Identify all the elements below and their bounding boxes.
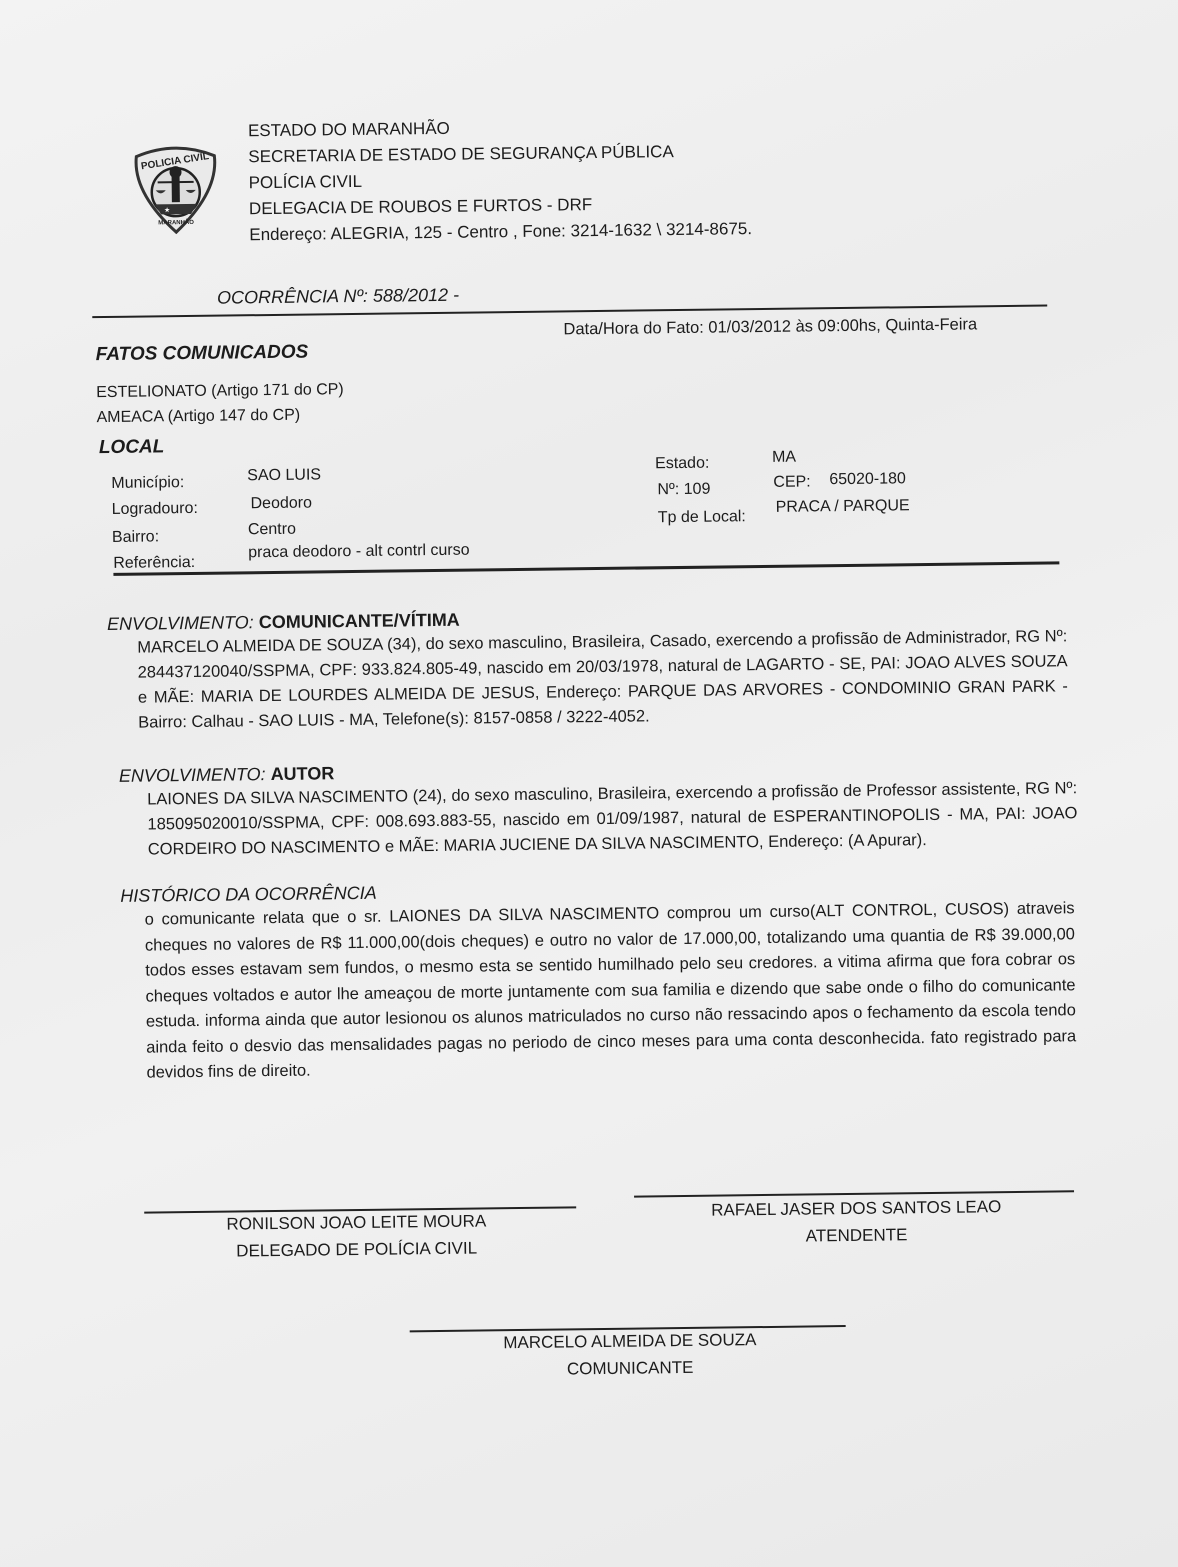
svg-text:MARANHÃO: MARANHÃO bbox=[158, 219, 194, 226]
signature-name: RAFAEL JASER DOS SANTOS LEAO bbox=[666, 1193, 1046, 1225]
involvement-prefix: ENVOLVIMENTO: bbox=[107, 612, 254, 634]
signature-delegado: RONILSON JOAO LEITE MOURA DELEGADO DE PO… bbox=[176, 1207, 537, 1265]
policia-civil-badge-icon: POLICIA CIVIL ★ MARANHÃO bbox=[130, 142, 221, 235]
tipo-local-label: Tp de Local: bbox=[658, 508, 746, 527]
cep-label: CEP: bbox=[773, 473, 811, 491]
involvement-victim-text: MARCELO ALMEIDA DE SOUZA (34), do sexo m… bbox=[137, 624, 1068, 735]
fact-item: AMEACA (Artigo 147 do CP) bbox=[96, 407, 300, 427]
signature-role: COMUNICANTE bbox=[440, 1352, 820, 1384]
numero-value: Nº: 109 bbox=[657, 481, 710, 500]
logradouro-label: Logradouro: bbox=[112, 500, 199, 519]
involvement-prefix: ENVOLVIMENTO: bbox=[119, 764, 266, 786]
involvement-author-text: LAIONES DA SILVA NASCIMENTO (24), do sex… bbox=[147, 776, 1078, 862]
police-report-document: POLICIA CIVIL ★ MARANHÃO ESTADO DO MARAN… bbox=[0, 0, 1178, 1567]
cep-value: 65020-180 bbox=[829, 470, 906, 489]
signature-comunicante: MARCELO ALMEIDA DE SOUZA COMUNICANTE bbox=[440, 1325, 821, 1384]
referencia-label: Referência: bbox=[113, 554, 195, 573]
signature-role: DELEGADO DE POLÍCIA CIVIL bbox=[177, 1234, 537, 1265]
estado-value: MA bbox=[772, 449, 796, 467]
divider bbox=[113, 561, 1059, 575]
logradouro-value: Deodoro bbox=[250, 495, 312, 514]
history-text: o comunicante relata que o sr. LAIONES D… bbox=[145, 896, 1077, 1086]
fact-item: ESTELIONATO (Artigo 171 do CP) bbox=[96, 381, 344, 402]
municipio-value: SAO LUIS bbox=[247, 466, 321, 485]
tipo-local-value: PRACA / PARQUE bbox=[776, 497, 910, 517]
signature-role: ATENDENTE bbox=[666, 1220, 1046, 1252]
bairro-value: Centro bbox=[248, 521, 296, 540]
location-title: LOCAL bbox=[99, 436, 165, 459]
signature-name: RONILSON JOAO LEITE MOURA bbox=[176, 1207, 536, 1238]
estado-label: Estado: bbox=[655, 455, 709, 474]
fact-datetime: Data/Hora do Fato: 01/03/2012 às 09:00hs… bbox=[563, 315, 977, 339]
signature-atendente: RAFAEL JASER DOS SANTOS LEAO ATENDENTE bbox=[666, 1193, 1047, 1252]
facts-title: FATOS COMUNICADOS bbox=[96, 342, 309, 367]
involvement-role: COMUNICANTE/VÍTIMA bbox=[259, 610, 460, 632]
header-block: ESTADO DO MARANHÃO SECRETARIA DE ESTADO … bbox=[248, 112, 752, 248]
involvement-heading: ENVOLVIMENTO: AUTOR bbox=[119, 763, 335, 787]
referencia-value: praca deodoro - alt contrl curso bbox=[248, 542, 470, 563]
svg-text:★: ★ bbox=[164, 206, 170, 214]
header-address: Endereço: ALEGRIA, 125 - Centro , Fone: … bbox=[249, 216, 752, 248]
municipio-label: Município: bbox=[111, 474, 184, 493]
occurrence-number: OCORRÊNCIA Nº: 588/2012 - bbox=[217, 285, 459, 309]
involvement-role: AUTOR bbox=[270, 763, 334, 784]
involvement-heading: ENVOLVIMENTO: COMUNICANTE/VÍTIMA bbox=[107, 610, 460, 635]
history-title: HISTÓRICO DA OCORRÊNCIA bbox=[120, 883, 377, 907]
bairro-label: Bairro: bbox=[112, 528, 159, 547]
